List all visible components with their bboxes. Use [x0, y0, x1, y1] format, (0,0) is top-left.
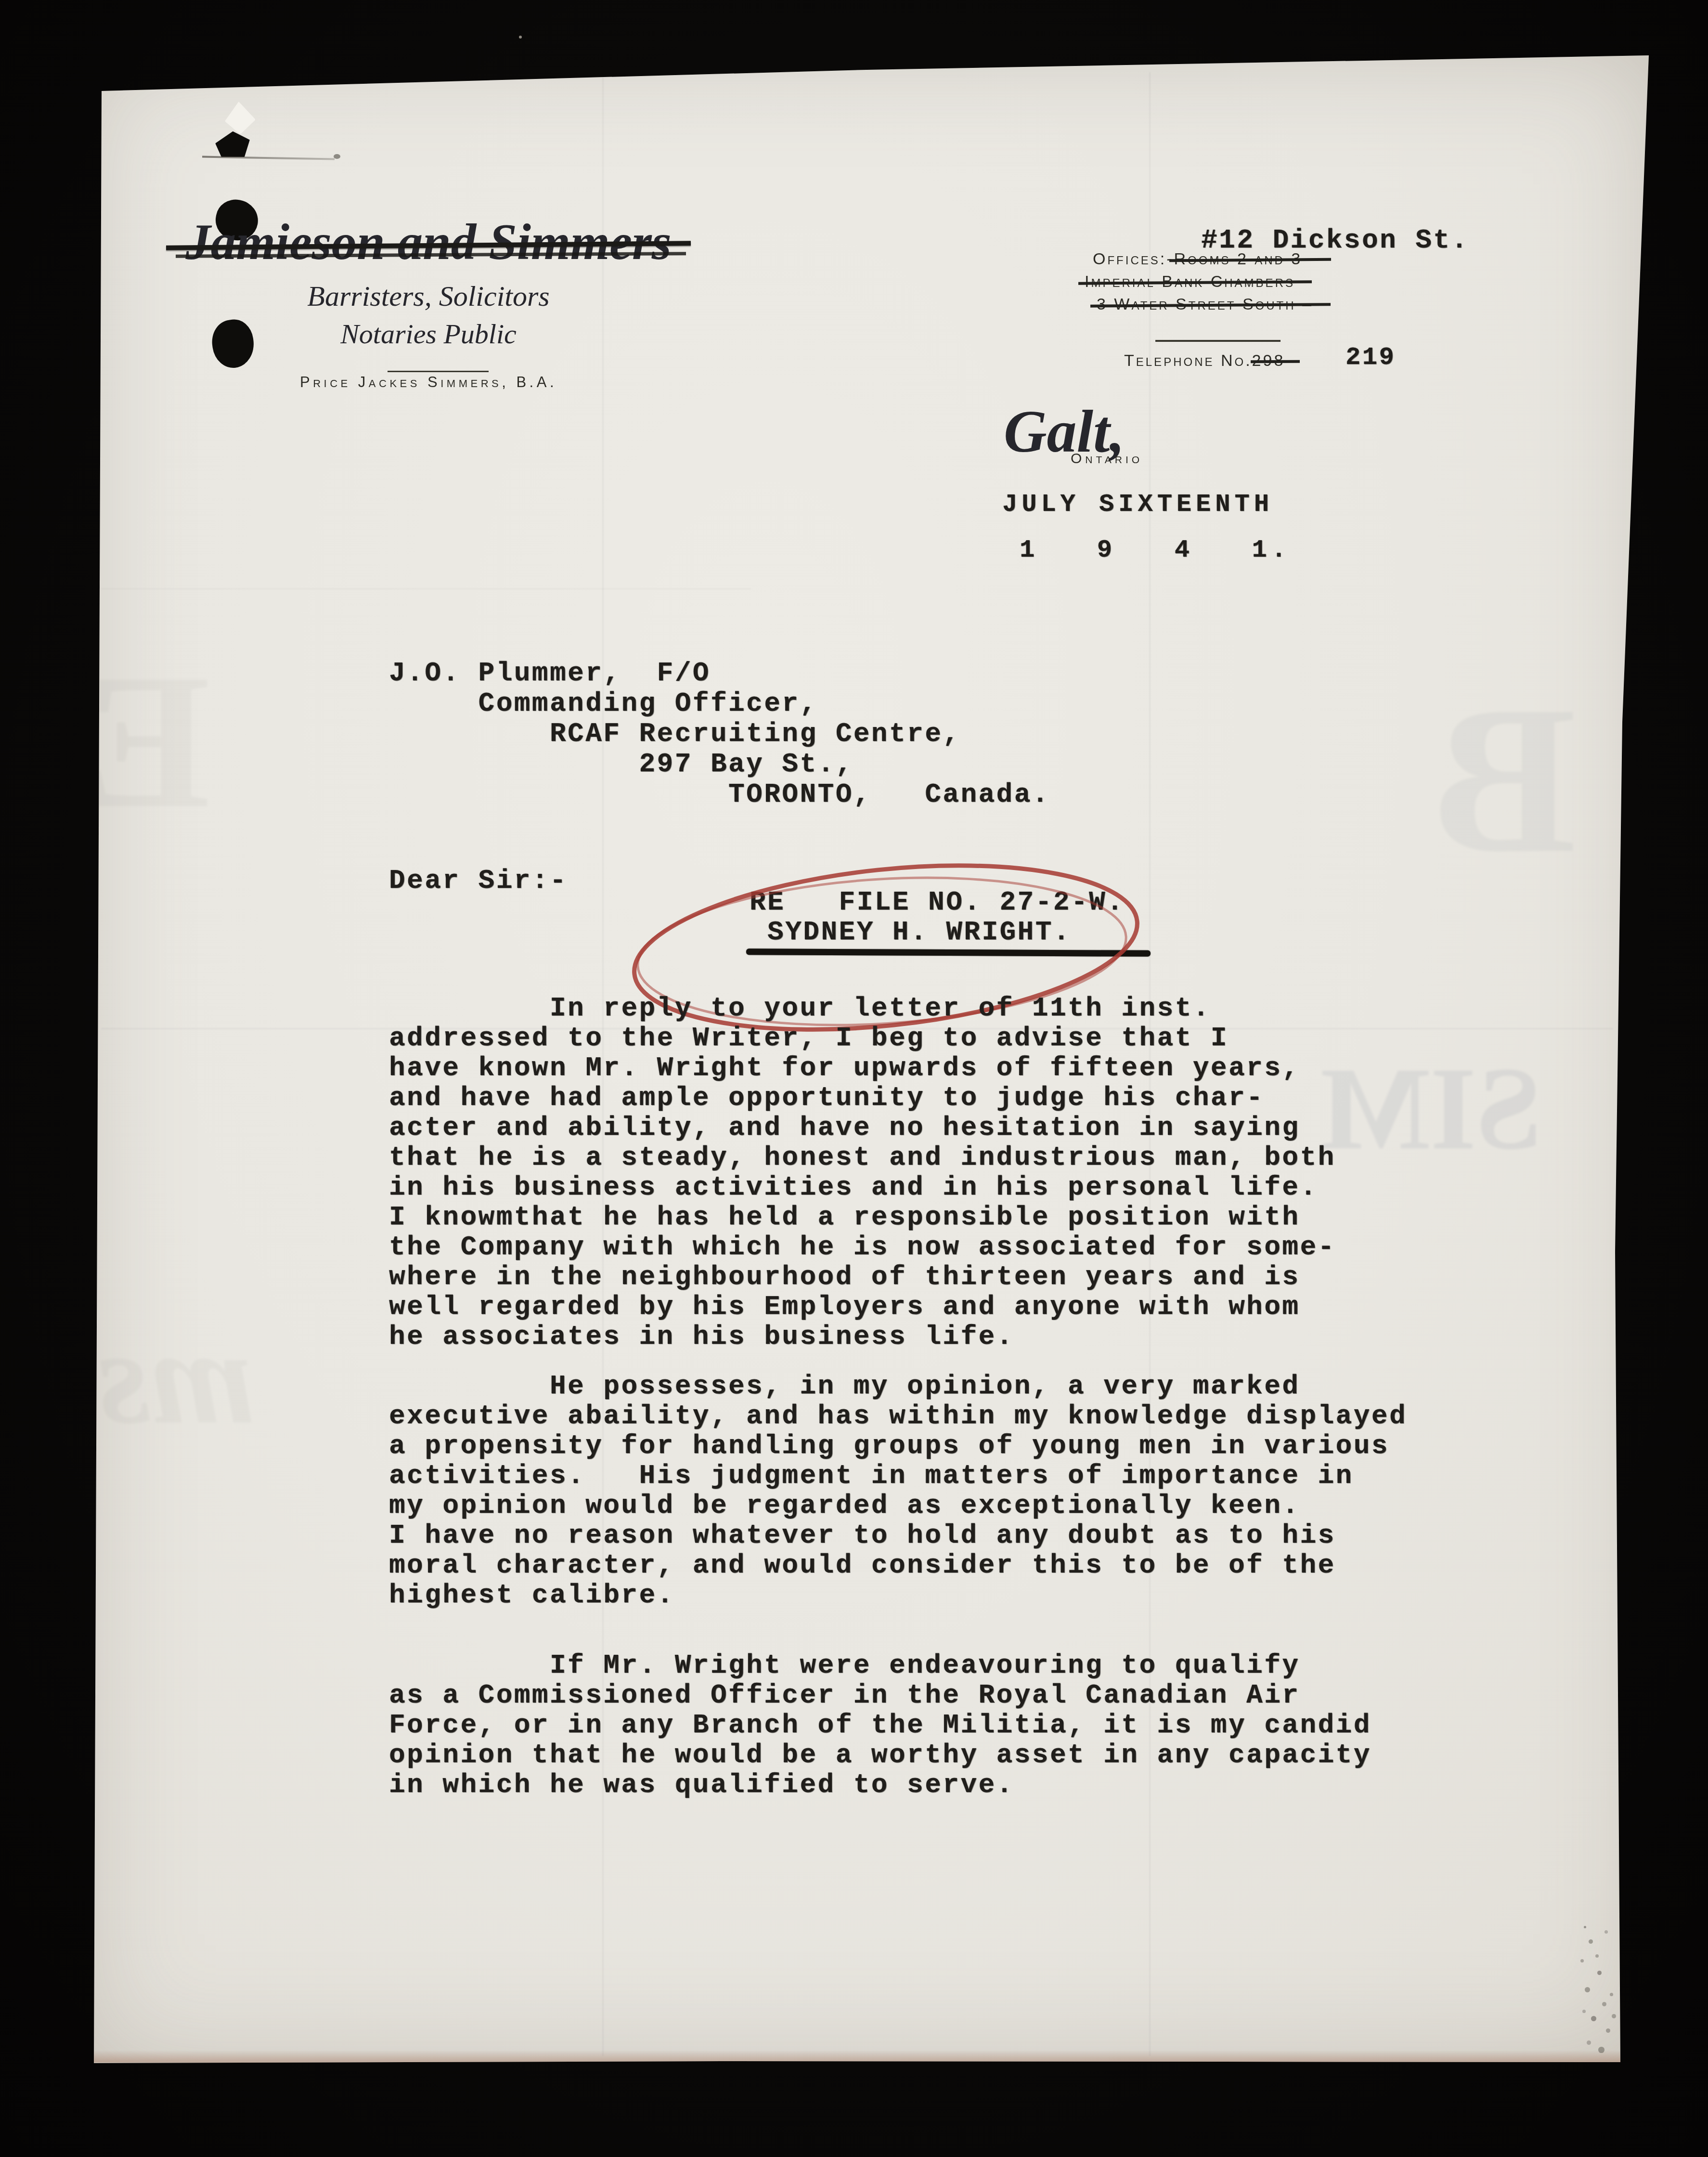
fold-crease-horizontal-upper [101, 588, 751, 589]
offices-struck-text: Rooms 2 and 3 – [1174, 251, 1320, 267]
bleed-through-mark: ms [96, 1310, 254, 1444]
typed-date-line: JULY SIXTEENTH [1002, 490, 1273, 520]
letterhead-street-line: 3 Water Street South – [1097, 296, 1313, 312]
bleed-through-mark: B [1435, 674, 1576, 886]
bleed-through-mark: SIM [1319, 1050, 1542, 1168]
typed-telephone-number: 219 [1346, 343, 1396, 373]
letterhead-divider [388, 371, 489, 372]
letterhead-principal-name: Price Jackes Simmers, B.A. [154, 375, 703, 390]
recipient-address-block: J.O. Plummer, F/O Commanding Officer, RC… [389, 658, 1050, 810]
scratch-mark [202, 156, 335, 160]
building-struck-text: Imperial Bank Chambers [1085, 273, 1295, 290]
letterhead-telephone-line: Telephone No.298– [1124, 352, 1296, 369]
photo-stage: B SIM E ms Jamieson and Simmers Barriste… [0, 0, 1708, 2157]
body-paragraph-2: He possesses, in my opinion, a very mark… [389, 1371, 1407, 1610]
letterhead-province: Ontario [1071, 452, 1143, 466]
salutation: Dear Sir:- [389, 866, 568, 896]
letterhead-profession-line1: Barristers, Solicitors [154, 282, 703, 311]
letterhead-offices-line: Offices:-Rooms 2 and 3 – [1093, 251, 1320, 267]
telephone-old-number: 298– [1252, 352, 1296, 369]
scratch-mark-dot [334, 154, 340, 159]
paper-bottom-edge-tint [94, 2050, 1622, 2063]
letterhead-profession-line2: Notaries Public [154, 320, 703, 348]
telephone-label: Telephone No. [1124, 351, 1252, 370]
paper-tear-flap [225, 102, 256, 134]
letterhead-telephone-divider [1155, 340, 1281, 342]
typed-year-line: 1 9 4 1. [1020, 535, 1291, 565]
street-struck-text: 3 Water Street South – [1097, 296, 1313, 312]
letter-paper: B SIM E ms Jamieson and Simmers Barriste… [0, 0, 1708, 2157]
ink-speckles [1584, 1926, 1586, 1928]
firm-name-text: Jamieson and Simmers [185, 217, 671, 267]
dust-speck [519, 36, 522, 39]
body-paragraph-3: If Mr. Wright were endeavouring to quali… [389, 1650, 1372, 1800]
letterhead-building-line: Imperial Bank Chambers [1085, 273, 1295, 290]
body-paragraph-1: In reply to your letter of 11th inst. ad… [389, 993, 1336, 1351]
firm-name-struck-out: Jamieson and Simmers [154, 217, 703, 267]
bleed-through-mark: E [82, 645, 210, 838]
offices-label: Offices:- [1093, 250, 1174, 268]
